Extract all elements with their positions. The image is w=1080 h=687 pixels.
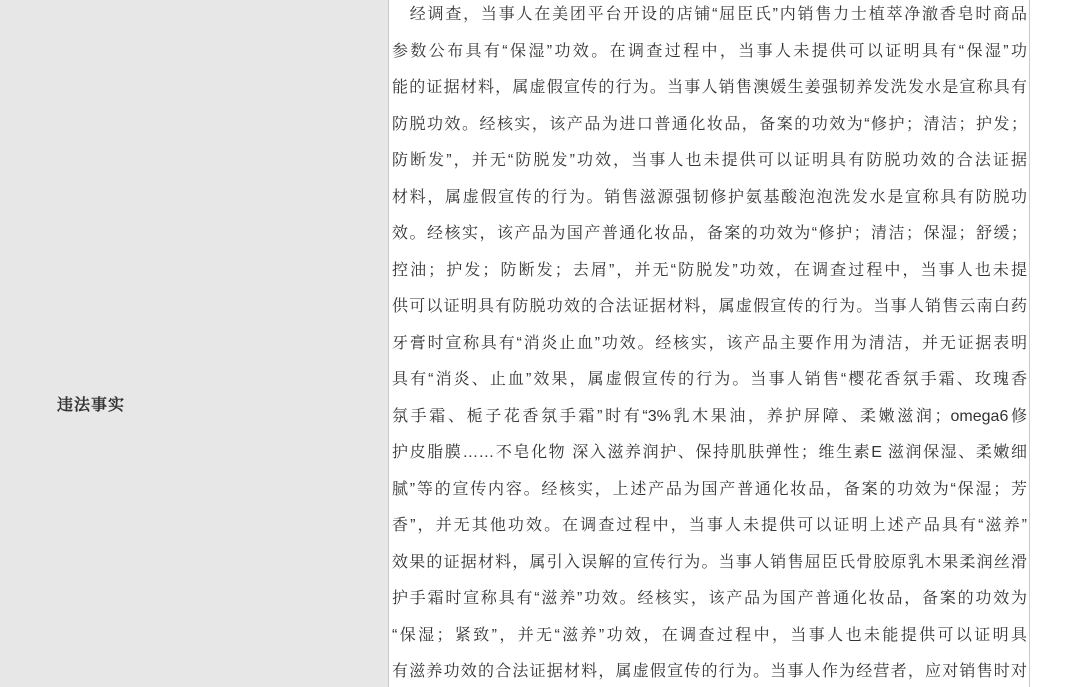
content-cell: 经调查，当事人在美团平台开设的店铺“屈臣氏”内销售力士植萃净澈香皂时商品参数公布… xyxy=(390,0,1030,687)
text-line: 防脱功效。经核实，该产品为进口普通化妆品，备案的功效为“修护；清洁；护发； xyxy=(392,107,1027,144)
text-line: 能的证据材料，属虚假宣传的行为。当事人销售澳媛生姜强韧养发洗发水是宣称具有 xyxy=(392,70,1027,107)
table-row: 违法事实 经调查，当事人在美团平台开设的店铺“屈臣氏”内销售力士植萃净澈香皂时商… xyxy=(0,0,1080,687)
text-line: 有滋养功效的合法证据材料，属虚假宣传的行为。当事人作为经营者，应对销售时对 xyxy=(392,654,1027,687)
document-page: { "page": { "background_color": "#e7e7e7… xyxy=(0,0,1080,687)
text-line: 材料，属虚假宣传的行为。销售滋源强韧修护氨基酸泡泡洗发水是宣称具有防脱功 xyxy=(392,180,1027,217)
label-cell: 违法事实 xyxy=(0,0,389,687)
paragraph: 经调查，当事人在美团平台开设的店铺“屈臣氏”内销售力士植萃净澈香皂时商品参数公布… xyxy=(392,0,1027,687)
text-line: 牙膏时宣称具有“消炎止血”功效。经核实，该产品主要作用为清洁，并无证据表明 xyxy=(392,326,1027,363)
text-line: “保湿；紧致”，并无“滋养”功效，在调查过程中，当事人也未能提供可以证明具 xyxy=(392,618,1027,655)
text-line: 效果的证据材料，属引入误解的宣传行为。当事人销售屈臣氏骨胶原乳木果柔润丝滑 xyxy=(392,545,1027,582)
row-label: 违法事实 xyxy=(57,392,125,415)
text-line: 效。经核实，该产品为国产普通化妆品，备案的功效为“修护；清洁；保湿；舒缓； xyxy=(392,216,1027,253)
text-line: 香”，并无其他功效。在调查过程中，当事人未提供可以证明上述产品具有“滋养” xyxy=(392,508,1027,545)
text-line: 护手霜时宣称具有“滋养”功效。经核实，该产品为国产普通化妆品，备案的功效为 xyxy=(392,581,1027,618)
text-line: 经调查，当事人在美团平台开设的店铺“屈臣氏”内销售力士植萃净澈香皂时商品 xyxy=(392,0,1027,34)
text-line: 具有“消炎、止血”效果，属虚假宣传的行为。当事人销售“樱花香氛手霜、玫瑰香 xyxy=(392,362,1027,399)
text-line: 护皮脂膜……不皂化物 深入滋养润护、保持肌肤弹性；维生素E 滋润保湿、柔嫩细 xyxy=(392,435,1027,472)
text-line: 防断发”，并无“防脱发”功效，当事人也未提供可以证明具有防脱功效的合法证据 xyxy=(392,143,1027,180)
text-line: 参数公布具有“保湿”功效。在调查过程中，当事人未提供可以证明具有“保湿”功 xyxy=(392,34,1027,71)
text-line: 氛手霜、栀子花香氛手霜”时有“3%乳木果油，养护屏障、柔嫩滋润；omega6修 xyxy=(392,399,1027,436)
text-line: 控油；护发；防断发；去屑”，并无“防脱发”功效，在调查过程中，当事人也未提 xyxy=(392,253,1027,290)
text-line: 供可以证明具有防脱功效的合法证据材料，属虚假宣传的行为。当事人销售云南白药 xyxy=(392,289,1027,326)
text-line: 腻”等的宣传内容。经核实，上述产品为国产普通化妆品，备案的功效为“保湿；芳 xyxy=(392,472,1027,509)
